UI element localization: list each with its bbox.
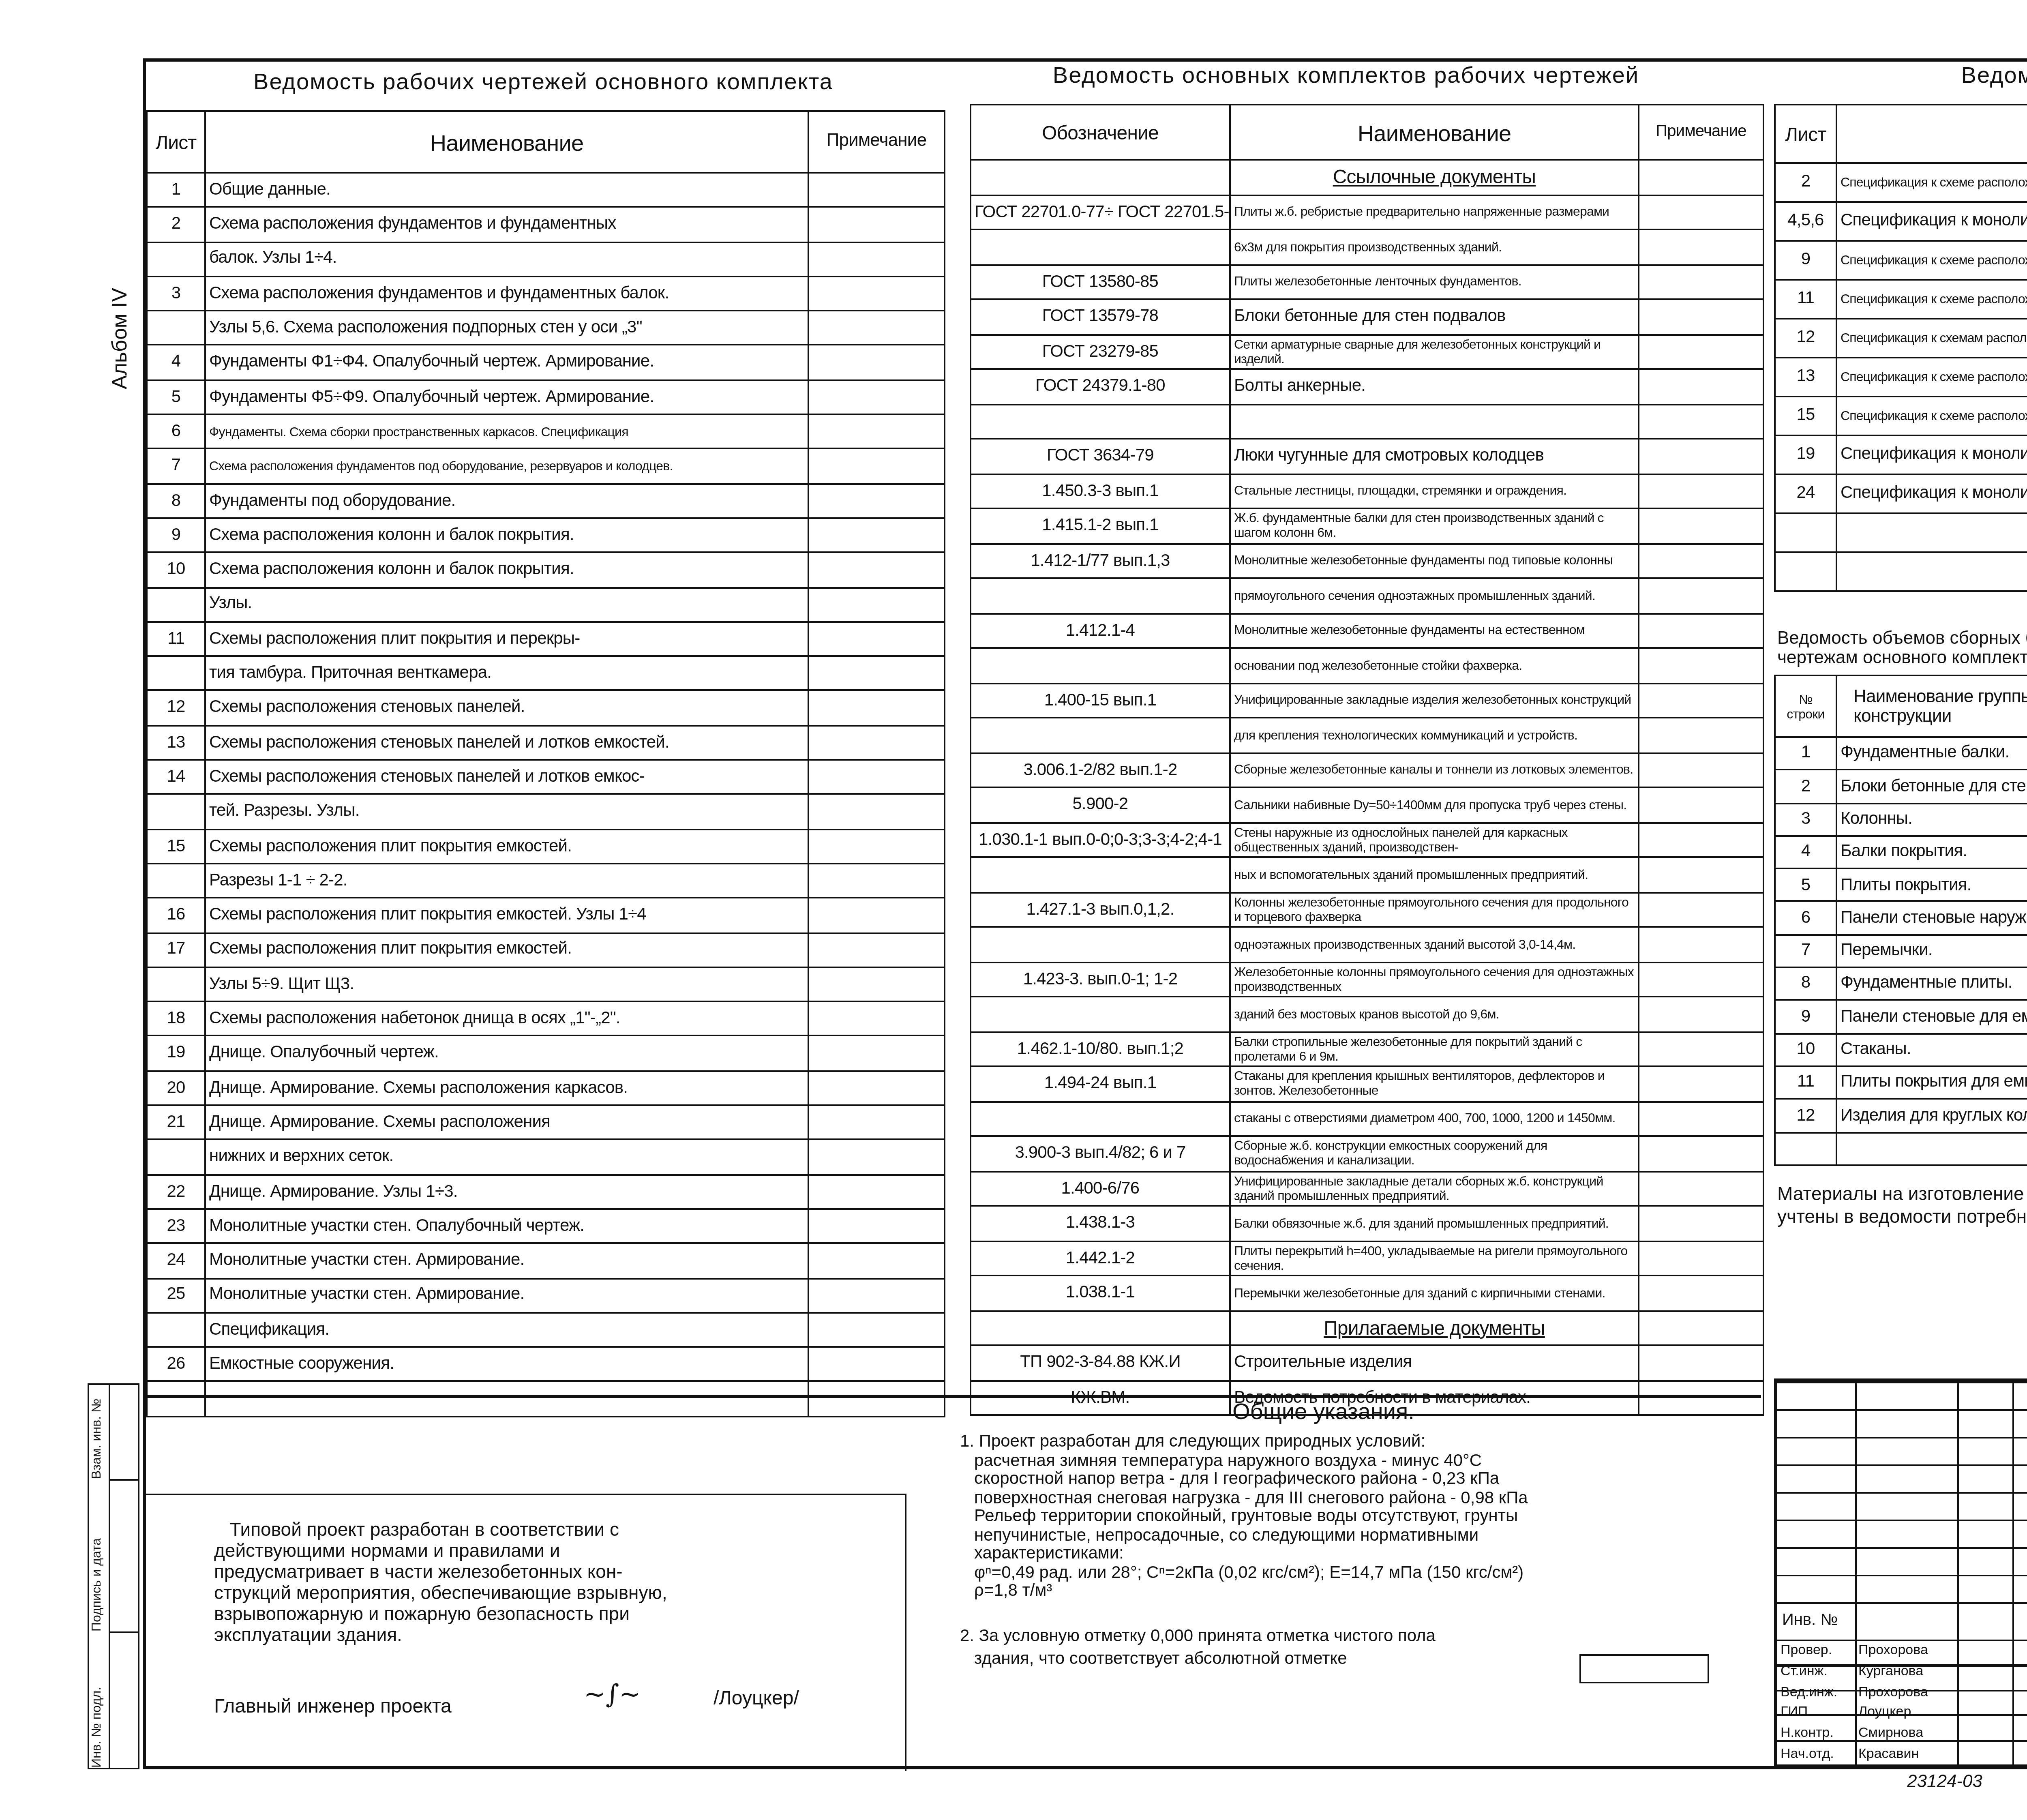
signature: ~∫~ [584, 1679, 641, 1709]
cell-sheet: 16 [147, 898, 205, 933]
cell-sheet [147, 864, 205, 898]
table-row: 1Фундаментные балки.5824002,98 [1775, 737, 2027, 770]
cell-code [971, 718, 1230, 752]
cell-note [1639, 1066, 1763, 1101]
table-row: Ссылочные документы [971, 160, 1763, 195]
staff-name: Прохорова [1858, 1683, 1928, 1699]
table-row: 19Днище. Опалубочный чертеж. [147, 1036, 945, 1071]
table-row: 8Фундаментные плиты.5813009,10 [1775, 967, 2027, 1000]
cell-sheet: 23 [147, 1209, 205, 1243]
table-row: 2Блоки бетонные для стен подвалов5811004… [1775, 770, 2027, 803]
cell-sheet: 22 [147, 1174, 205, 1209]
cell-name: Монолитные участки стен. Армирование. [205, 1243, 808, 1278]
cell-no: 9 [1775, 1001, 1836, 1033]
staff-name: Прохорова [1858, 1641, 1928, 1657]
cell-name: для крепления технологических коммуникац… [1230, 718, 1639, 752]
cell-name: балок. Узлы 1÷4. [205, 242, 808, 276]
table-row [147, 1382, 945, 1416]
cell-sheet: 2 [1775, 163, 1836, 202]
cell-code [971, 857, 1230, 892]
cell-name: Спецификация к схеме расположения плит п… [1836, 397, 2027, 435]
cell-name: Стены наружные из однослойных панелей дл… [1230, 822, 1639, 857]
cell-note [808, 1140, 945, 1174]
cell-sheet: 17 [147, 933, 205, 967]
col-sheet: Лист [1775, 105, 1836, 163]
table-row: 18Схемы расположения набетонок днища в о… [147, 1002, 945, 1036]
cell-name: тей. Разрезы. Узлы. [205, 794, 808, 829]
cell-note [1639, 857, 1763, 892]
col-name: Наименование группы элементов конструкци… [1836, 675, 2027, 737]
sets-list-title: Ведомость основных комплектов рабочих че… [973, 62, 1719, 88]
cell-note [1639, 787, 1763, 822]
cell-name: Спецификация к схемам расположения стено… [1836, 319, 2027, 358]
cell-sheet: 12 [1775, 319, 1836, 358]
cell-note [808, 864, 945, 898]
cell-note [1639, 1310, 1763, 1345]
cell-note [1639, 1101, 1763, 1136]
cell-sheet [147, 1312, 205, 1347]
col-note: Примечание [808, 111, 945, 173]
table-row: прямоугольного сечения одноэтажных промы… [971, 578, 1763, 613]
cell-code [971, 229, 1230, 264]
cell-code [971, 648, 1230, 683]
table-row: 7Перемычки.5828000,24 [1775, 935, 2027, 967]
cell-sheet [1775, 552, 1836, 591]
cell-name: Спецификация. [205, 1312, 808, 1347]
cell-no [1775, 1132, 1836, 1165]
cell-sheet: 11 [1775, 280, 1836, 319]
staff-name: Смирнова [1858, 1724, 1923, 1741]
cell-name: Колонны железобетонные прямоугольного се… [1230, 892, 1639, 927]
cell-note [808, 1347, 945, 1381]
cell-sheet: 21 [147, 1105, 205, 1140]
cell-sheet [147, 794, 205, 829]
cell-name: прямоугольного сечения одноэтажных промы… [1230, 578, 1639, 613]
cell-code: ГОСТ 13579-78 [971, 299, 1230, 334]
cell-name: Схема расположения фундаментов и фундаме… [205, 207, 808, 242]
table-row: Узлы 5÷9. Щит Щ3. [147, 967, 945, 1001]
cell-code: КЖ.ВМ. [971, 1380, 1230, 1415]
cell-sheet: 5 [147, 380, 205, 414]
cell-sheet: 9 [1775, 241, 1836, 280]
cell-name: Фундаменты под оборудование. [205, 484, 808, 518]
cell-name: Сетки арматурные сварные для железобетон… [1230, 334, 1639, 369]
cell-code [971, 927, 1230, 962]
table-row: 10Стаканы.0,23 [1775, 1033, 2027, 1066]
table-row: Прилагаемые документы [971, 1310, 1763, 1345]
cell-note [1639, 334, 1763, 369]
table-row: 1.423-3. вып.0-1; 1-2Железобетонные коло… [971, 962, 1763, 997]
table-row: для крепления технологических коммуникац… [971, 718, 1763, 752]
cell-note [808, 898, 945, 933]
cell-note [1639, 543, 1763, 578]
cell-sheet: 19 [147, 1036, 205, 1071]
table-row: основании под железобетонные стойки фахв… [971, 648, 1763, 683]
cell-note [808, 173, 945, 207]
table-row: 3Колонны.5821004,04 [1775, 803, 2027, 836]
table-row: Спецификация. [147, 1312, 945, 1347]
table-row: 5Плиты покрытия.58410014,8 [1775, 869, 2027, 902]
cell-name: Днище. Армирование. Узлы 1÷3. [205, 1174, 808, 1209]
cell-no: 11 [1775, 1066, 1836, 1099]
table-row: 11Плиты покрытия для емкостей.11,68 / 9,… [1775, 1066, 2027, 1099]
cell-note [808, 587, 945, 622]
cell-code: ТП 902-3-84.88 КЖ.И [971, 1345, 1230, 1380]
cell-no: 1 [1775, 737, 1836, 770]
col-name: Наименование [205, 111, 808, 173]
table-row: ГОСТ 3634-79Люки чугунные для смотровых … [971, 439, 1763, 474]
cell-code: 1.427.1-3 вып.0,1,2. [971, 892, 1230, 927]
cell-note [808, 311, 945, 345]
table-row: 25Монолитные участки стен. Армирование. [147, 1278, 945, 1312]
cell-name: тия тамбура. Приточная венткамера. [205, 656, 808, 691]
cell-name: Панели стеновые наружные [1836, 902, 2027, 935]
staff-role: Нач.отд. [1781, 1745, 1834, 1761]
table-row: 1Общие данные. [147, 173, 945, 207]
cell-note [808, 449, 945, 484]
table-row: 1.438.1-3Балки обвязочные ж.б. для здани… [971, 1206, 1763, 1241]
cell-name [1836, 513, 2027, 552]
table-row: 2Схема расположения фундаментов и фундам… [147, 207, 945, 242]
cell-note [1639, 1206, 1763, 1241]
cell-sheet: 12 [147, 691, 205, 725]
cell-name: зданий без мостовых кранов высотой до 9,… [1230, 997, 1639, 1031]
cell-name: Балки покрытия. [1836, 836, 2027, 869]
cell-code: ГОСТ 22701.0-77÷ ГОСТ 22701.5-77 [971, 195, 1230, 229]
cell-note [1639, 1345, 1763, 1380]
drawing-sheet: Альбом IV Инв. № подл. Подпись и дата Вз… [0, 0, 2027, 1820]
table-row: 15Спецификация к схеме расположения плит… [1775, 397, 2027, 435]
cell-name: Стаканы. [1836, 1033, 2027, 1066]
table-row: стаканы с отверстиями диаметром 400, 700… [971, 1101, 1763, 1136]
col-code: Обозначение [971, 105, 1230, 160]
table-row: 17Схемы расположения плит покрытия емкос… [147, 933, 945, 967]
table-row: 7Схема расположения фундаментов под обор… [147, 449, 945, 484]
general-notes-title: Общие указания. [1232, 1398, 1414, 1424]
table-row: 1.030.1-1 вып.0-0;0-3;3-3;4-2;4-1Стены н… [971, 822, 1763, 857]
cell-note [1639, 1136, 1763, 1171]
cell-name: Схема расположения фундаментов и фундаме… [205, 277, 808, 311]
table-row: 10Схема расположения колонн и балок покр… [147, 553, 945, 587]
cell-sheet: 15 [1775, 397, 1836, 435]
absolute-mark-box [1579, 1654, 1709, 1683]
cell-note [1639, 508, 1763, 543]
cell-name: Фундаменты Ф5÷Ф9. Опалубочный чертеж. Ар… [205, 380, 808, 414]
cell-sheet: 15 [147, 829, 205, 864]
cell-name: Унифицированные закладные изделия железо… [1230, 683, 1639, 718]
cell-note [808, 967, 945, 1001]
table-row: 1.462.1-10/80. вып.1;2Балки стропильные … [971, 1031, 1763, 1066]
cell-note [808, 484, 945, 518]
table-row: 1.400-6/76Унифицированные закладные дета… [971, 1171, 1763, 1206]
cell-note [808, 794, 945, 829]
cell-name: Плиты покрытия. [1836, 869, 2027, 902]
cell-name: Прилагаемые документы [1230, 1310, 1639, 1345]
cell-note [1639, 1380, 1763, 1415]
table-row: 11Спецификация к схеме расположения плит… [1775, 280, 2027, 319]
cell-sheet: 11 [147, 622, 205, 656]
cell-name: Спецификация к монолитным участкам стен. [1836, 474, 2027, 513]
cell-sheet [147, 242, 205, 276]
table-row: 9Схема расположения колонн и балок покры… [147, 518, 945, 553]
cell-name: Балки стропильные железобетонные для пок… [1230, 1031, 1639, 1066]
cell-name: Общие данные. [205, 173, 808, 207]
col-note: Примечание [1639, 105, 1763, 160]
cell-name: Железобетонные колонны прямоугольного се… [1230, 962, 1639, 997]
table-row: 14Схемы расположения стеновых панелей и … [147, 760, 945, 794]
cell-name: Панели стеновые для емкостей. [1836, 1001, 2027, 1033]
table-row: балок. Узлы 1÷4. [147, 242, 945, 276]
cell-note [1639, 613, 1763, 648]
cell-sheet: 2 [147, 207, 205, 242]
cell-name: Плиты покрытия для емкостей. [1836, 1066, 2027, 1099]
table-row: ных и вспомогательных зданий промышленны… [971, 857, 1763, 892]
col-name: Наименование [1836, 105, 2027, 163]
cell-name: Фундаменты. Схема сборки пространственны… [205, 414, 808, 449]
cell-name: Сальники набивные Dу=50÷1400мм для пропу… [1230, 787, 1639, 822]
cell-sheet [147, 587, 205, 622]
staff-name: Красавин [1858, 1745, 1919, 1761]
cell-sheet: 20 [147, 1071, 205, 1105]
table-row: Итого194,38 / 190,52200 м³/сутки / 100 м… [1775, 1132, 2027, 1165]
table-row: 4Фундаменты Ф1÷Ф4. Опалубочный чертеж. А… [147, 345, 945, 380]
cell-name: Днище. Опалубочный чертеж. [205, 1036, 808, 1071]
cell-note [808, 414, 945, 449]
staff-name: Курганова [1858, 1662, 1923, 1678]
cell-name: Сборные железобетонные каналы и тоннели … [1230, 752, 1639, 787]
cell-name: Разрезы 1-1 ÷ 2-2. [205, 864, 808, 898]
cell-name: Перемычки железобетонные для зданий с ки… [1230, 1276, 1639, 1310]
cell-name: нижних и верхних сеток. [205, 1140, 808, 1174]
cell-name: Монолитные участки стен. Опалубочный чер… [205, 1209, 808, 1243]
cell-name: Плиты ж.б. ребристые предварительно напр… [1230, 195, 1639, 229]
cell-no: 5 [1775, 869, 1836, 902]
cell-note [1639, 439, 1763, 474]
album-label: Альбом IV [107, 288, 131, 389]
table-row: 1.442.1-2Плиты перекрытий h=400, укладыв… [971, 1241, 1763, 1276]
cell-note [808, 380, 945, 414]
cell-code [971, 404, 1230, 439]
table-row: ТП 902-3-84.88 КЖ.ИСтроительные изделия [971, 1345, 1763, 1380]
cell-name: основании под железобетонные стойки фахв… [1230, 648, 1639, 683]
cell-name: Ссылочные документы [1230, 160, 1639, 195]
table-row [1775, 552, 2027, 591]
cell-name: Строительные изделия [1230, 1345, 1639, 1380]
cell-code [971, 578, 1230, 613]
cell-code: 1.494-24 вып.1 [971, 1066, 1230, 1101]
cell-note [808, 1036, 945, 1071]
staff-role: Н.контр. [1781, 1724, 1834, 1741]
cell-code: 1.438.1-3 [971, 1206, 1230, 1241]
cell-name: Схемы расположения плит покрытия емкосте… [205, 933, 808, 967]
cell-name: Стальные лестницы, площадки, стремянки и… [1230, 474, 1639, 508]
cell-sheet: 8 [147, 484, 205, 518]
cell-note [808, 1105, 945, 1140]
cell-note [808, 656, 945, 691]
table-row: 4Балки покрытия.5822005,50 [1775, 836, 2027, 869]
signer-role: Главный инженер проекта [214, 1695, 452, 1717]
cell-note [1639, 683, 1763, 718]
cell-note [808, 933, 945, 967]
cell-name: Люки чугунные для смотровых колодцев [1230, 439, 1639, 474]
cell-note [1639, 962, 1763, 997]
cell-name: Болты анкерные. [1230, 369, 1639, 404]
volumes-table: № строки Наименование группы элементов к… [1774, 675, 2027, 1166]
sets-list-table: Обозначение Наименование Примечание Ссыл… [970, 104, 1764, 1416]
cell-name [205, 1382, 808, 1416]
table-row: 23Монолитные участки стен. Опалубочный ч… [147, 1209, 945, 1243]
cell-note [808, 691, 945, 725]
cell-name: Узлы 5÷9. Щит Щ3. [205, 967, 808, 1001]
table-row: 16Схемы расположения плит покрытия емкос… [147, 898, 945, 933]
cell-name: Емкостные сооружения. [205, 1347, 808, 1381]
cell-code: ГОСТ 24379.1-80 [971, 369, 1230, 404]
cell-name: Спецификация к схеме расположения фундам… [1836, 163, 2027, 202]
cell-no: 3 [1775, 803, 1836, 836]
table-row: 4,5,6Спецификация к монолитным фундамент… [1775, 202, 2027, 241]
divider [143, 1395, 1761, 1397]
table-row: 9Панели стеновые для емкостей.30,5 / 27,… [1775, 1001, 2027, 1033]
cell-code: 1.038.1-1 [971, 1276, 1230, 1310]
cell-code [971, 997, 1230, 1031]
table-row: 3.900-3 вып.4/82; 6 и 7Сборные ж.б. конс… [971, 1136, 1763, 1171]
table-row: 6х3м для покрытия производственных здани… [971, 229, 1763, 264]
cell-code [971, 1310, 1230, 1345]
cell-name: Балки обвязочные ж.б. для зданий промышл… [1230, 1206, 1639, 1241]
table-row: 6Фундаменты. Схема сборки пространственн… [147, 414, 945, 449]
cell-name: Узлы. [205, 587, 808, 622]
cell-name: Схемы расположения плит покрытия емкосте… [205, 829, 808, 864]
table-row: 13Спецификация к схеме расположения стен… [1775, 358, 2027, 397]
cell-note [1639, 195, 1763, 229]
cell-name: Фундаментные плиты. [1836, 967, 2027, 1000]
table-row: 12Спецификация к схемам расположения сте… [1775, 319, 2027, 358]
cell-name: Унифицированные закладные детали сборных… [1230, 1171, 1639, 1206]
table-row: 12Изделия для круглых колодцев.11,63 [1775, 1099, 2027, 1132]
table-row: 15Схемы расположения плит покрытия емкос… [147, 829, 945, 864]
cell-code: 1.423-3. вып.0-1; 1-2 [971, 962, 1230, 997]
cell-name: Схема расположения колонн и балок покрыт… [205, 518, 808, 553]
table-row: тей. Разрезы. Узлы. [147, 794, 945, 829]
cell-note [808, 1209, 945, 1243]
cell-name: Спецификация к схеме расположения колонн… [1836, 241, 2027, 280]
cell-name: Ж.б. фундаментные балки для стен произво… [1230, 508, 1639, 543]
cell-note [1639, 369, 1763, 404]
cell-note [808, 553, 945, 587]
cell-no: 8 [1775, 967, 1836, 1000]
table-row: 24Монолитные участки стен. Армирование. [147, 1243, 945, 1278]
cell-code: 1.415.1-2 вып.1 [971, 508, 1230, 543]
table-row: 12Схемы расположения стеновых панелей. [147, 691, 945, 725]
table-row: 1.412.1-4Монолитные железобетонные фунда… [971, 613, 1763, 648]
cell-code: 1.412-1/77 вып.1,3 [971, 543, 1230, 578]
table-row: ГОСТ 22701.0-77÷ ГОСТ 22701.5-77Плиты ж.… [971, 195, 1763, 229]
cell-name: 6х3м для покрытия производственных здани… [1230, 229, 1639, 264]
table-row [1775, 513, 2027, 552]
cell-note [1639, 822, 1763, 857]
cell-code: 1.412.1-4 [971, 613, 1230, 648]
col-sheet: Лист [147, 111, 205, 173]
table-row: 5.900-2Сальники набивные Dу=50÷1400мм дл… [971, 787, 1763, 822]
cell-sheet: 24 [1775, 474, 1836, 513]
table-row: 21Днище. Армирование. Схемы расположения [147, 1105, 945, 1140]
cell-name: стаканы с отверстиями диаметром 400, 700… [1230, 1101, 1639, 1136]
cell-note [808, 1002, 945, 1036]
cell-sheet [147, 1140, 205, 1174]
cell-name: Спецификация к монолитному днищу. [1836, 435, 2027, 474]
cell-name: Схемы расположения плит покрытия емкосте… [205, 898, 808, 933]
table-row: 1.415.1-2 вып.1Ж.б. фундаментные балки д… [971, 508, 1763, 543]
table-row: Узлы 5,6. Схема расположения подпорных с… [147, 311, 945, 345]
cell-name: Монолитные участки стен. Армирование. [205, 1278, 808, 1312]
cell-sheet: 10 [147, 553, 205, 587]
cell-note [808, 725, 945, 760]
table-row: 22Днище. Армирование. Узлы 1÷3. [147, 1174, 945, 1209]
staff-role: Вед.инж. [1781, 1683, 1837, 1699]
cell-code: 3.006.1-2/82 вып.1-2 [971, 752, 1230, 787]
signer-name: /Лоуцкер/ [714, 1687, 799, 1709]
cell-code: ГОСТ 13580-85 [971, 264, 1230, 299]
sheets-list-title: Ведомость рабочих чертежей основного ком… [146, 68, 941, 94]
cell-note [808, 760, 945, 794]
cell-sheet: 4 [147, 345, 205, 380]
table-row: 1.450.3-3 вып.1Стальные лестницы, площад… [971, 474, 1763, 508]
cell-name: Фундаментные балки. [1836, 737, 2027, 770]
col-name: Наименование [1230, 105, 1639, 160]
cell-name: Блоки бетонные для стен подвалов [1836, 770, 2027, 803]
sheets-list-table: Лист Наименование Примечание 1Общие данн… [146, 110, 945, 1417]
cell-sheet: 13 [1775, 358, 1836, 397]
cell-name: Схемы расположения стеновых панелей. [205, 691, 808, 725]
cell-name: Схема расположения фундаментов под обору… [205, 449, 808, 484]
cell-no: 12 [1775, 1099, 1836, 1132]
cell-sheet: 9 [147, 518, 205, 553]
cell-note [808, 1243, 945, 1278]
cell-note [1639, 1276, 1763, 1310]
volumes-title: Ведомость объемов сборных бетонных и жел… [1777, 629, 2027, 668]
cell-note [1639, 299, 1763, 334]
staff-role: ГИП [1781, 1704, 1808, 1720]
cell-name: Днище. Армирование. Схемы расположения к… [205, 1071, 808, 1105]
cell-name: Спецификация к монолитным фундаментам. [1836, 202, 2027, 241]
cell-name: Изделия для круглых колодцев. [1836, 1099, 2027, 1132]
cell-note [1639, 160, 1763, 195]
cell-note [1639, 264, 1763, 299]
cell-note [1639, 927, 1763, 962]
cell-note [808, 1382, 945, 1416]
cell-code: 5.900-2 [971, 787, 1230, 822]
cell-name: ных и вспомогательных зданий промышленны… [1230, 857, 1639, 892]
cell-name: Плиты железобетонные ленточных фундамент… [1230, 264, 1639, 299]
cell-name: Схема расположения колонн и балок покрыт… [205, 553, 808, 587]
table-row: ГОСТ 23279-85Сетки арматурные сварные дл… [971, 334, 1763, 369]
cell-note [808, 345, 945, 380]
cell-sheet: 6 [147, 414, 205, 449]
cell-no: 2 [1775, 770, 1836, 803]
side-stamp: Инв. № подл. Подпись и дата Взам. инв. № [88, 1383, 139, 1769]
table-row: ГОСТ 13579-78Блоки бетонные для стен под… [971, 299, 1763, 334]
cell-note [1639, 648, 1763, 683]
cell-note [1639, 892, 1763, 927]
cell-note [1639, 718, 1763, 752]
compliance-text: Типовой проект разработан в соответствии… [214, 1521, 895, 1648]
cell-note [808, 277, 945, 311]
cell-note [1639, 752, 1763, 787]
cell-code [971, 160, 1230, 195]
cell-note [808, 518, 945, 553]
table-row: ГОСТ 24379.1-80Болты анкерные. [971, 369, 1763, 404]
table-row: тия тамбура. Приточная венткамера. [147, 656, 945, 691]
